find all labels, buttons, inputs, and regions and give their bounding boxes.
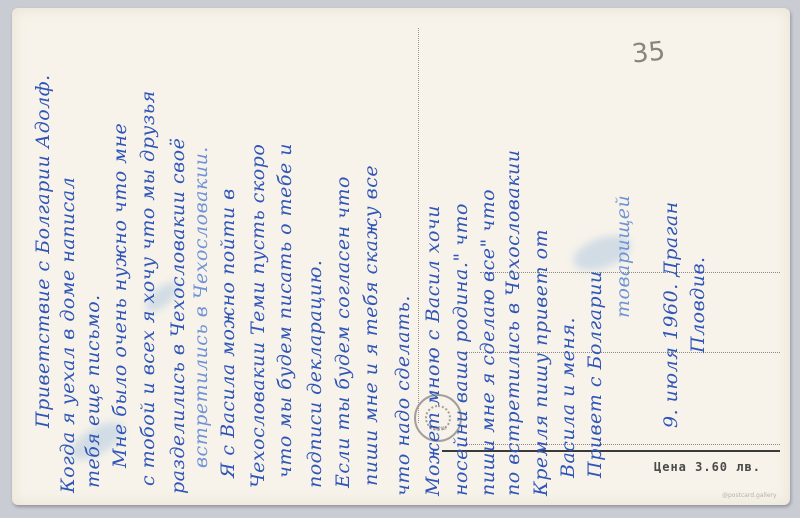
handwriting-line: что мы будем писать о тебе и xyxy=(274,143,296,478)
handwriting-line: подписи декларацию. xyxy=(304,260,326,488)
pencil-number: 35 xyxy=(631,36,667,69)
handwriting-line: пиши мне и я тебя скажу все xyxy=(360,165,382,486)
handwriting-line: Кремля пишу привет от xyxy=(530,229,552,496)
handwriting-line: Может мною с Васил хочи xyxy=(422,205,444,496)
handwriting-line: встретились в Чехословакии. xyxy=(190,146,212,468)
handwriting-line: Привет с Болгарии xyxy=(584,270,606,478)
postcard-back: 35 ТЕХНИ Цена 3.60 лв. @postcard.gallery… xyxy=(12,8,790,505)
handwriting-line: Пловдив. xyxy=(687,256,709,353)
handwriting-line: что надо сделать. xyxy=(392,295,414,496)
price-label: Цена 3.60 лв. xyxy=(654,460,761,474)
handwriting-line: Мне было очень нужно что мне xyxy=(109,123,131,468)
handwriting-line: пиши мне я сделаю все" что xyxy=(477,189,499,496)
handwriting-line: Я с Васила можно пойти в xyxy=(217,188,239,478)
handwriting-line: тебя еще письмо. xyxy=(82,294,104,488)
handwriting-line: Если ты будем согласен что xyxy=(332,176,354,488)
vertical-divider xyxy=(418,28,419,423)
handwriting-line: товарищей xyxy=(612,195,634,318)
handwriting-line: Чехословакии Теми пусть скоро xyxy=(247,144,269,488)
handwriting-line: носейни ваша родина." что xyxy=(450,203,472,496)
handwriting-line: 9. июля 1960. Драган xyxy=(660,201,682,428)
watermark: @postcard.gallery xyxy=(722,492,777,499)
handwriting-line: разделились в Чехословакии своё xyxy=(167,138,189,494)
handwriting-line: Приветствие с Болгарии Адолф. xyxy=(32,74,54,428)
handwriting-line: Васила и меня. xyxy=(557,317,579,478)
handwriting-line: по встретились в Чехословакии xyxy=(502,149,524,496)
handwriting-line: с тобой и всех я хочу что мы друзья xyxy=(137,90,159,486)
handwriting-line: Когда я уехал в доме написал xyxy=(57,177,79,493)
